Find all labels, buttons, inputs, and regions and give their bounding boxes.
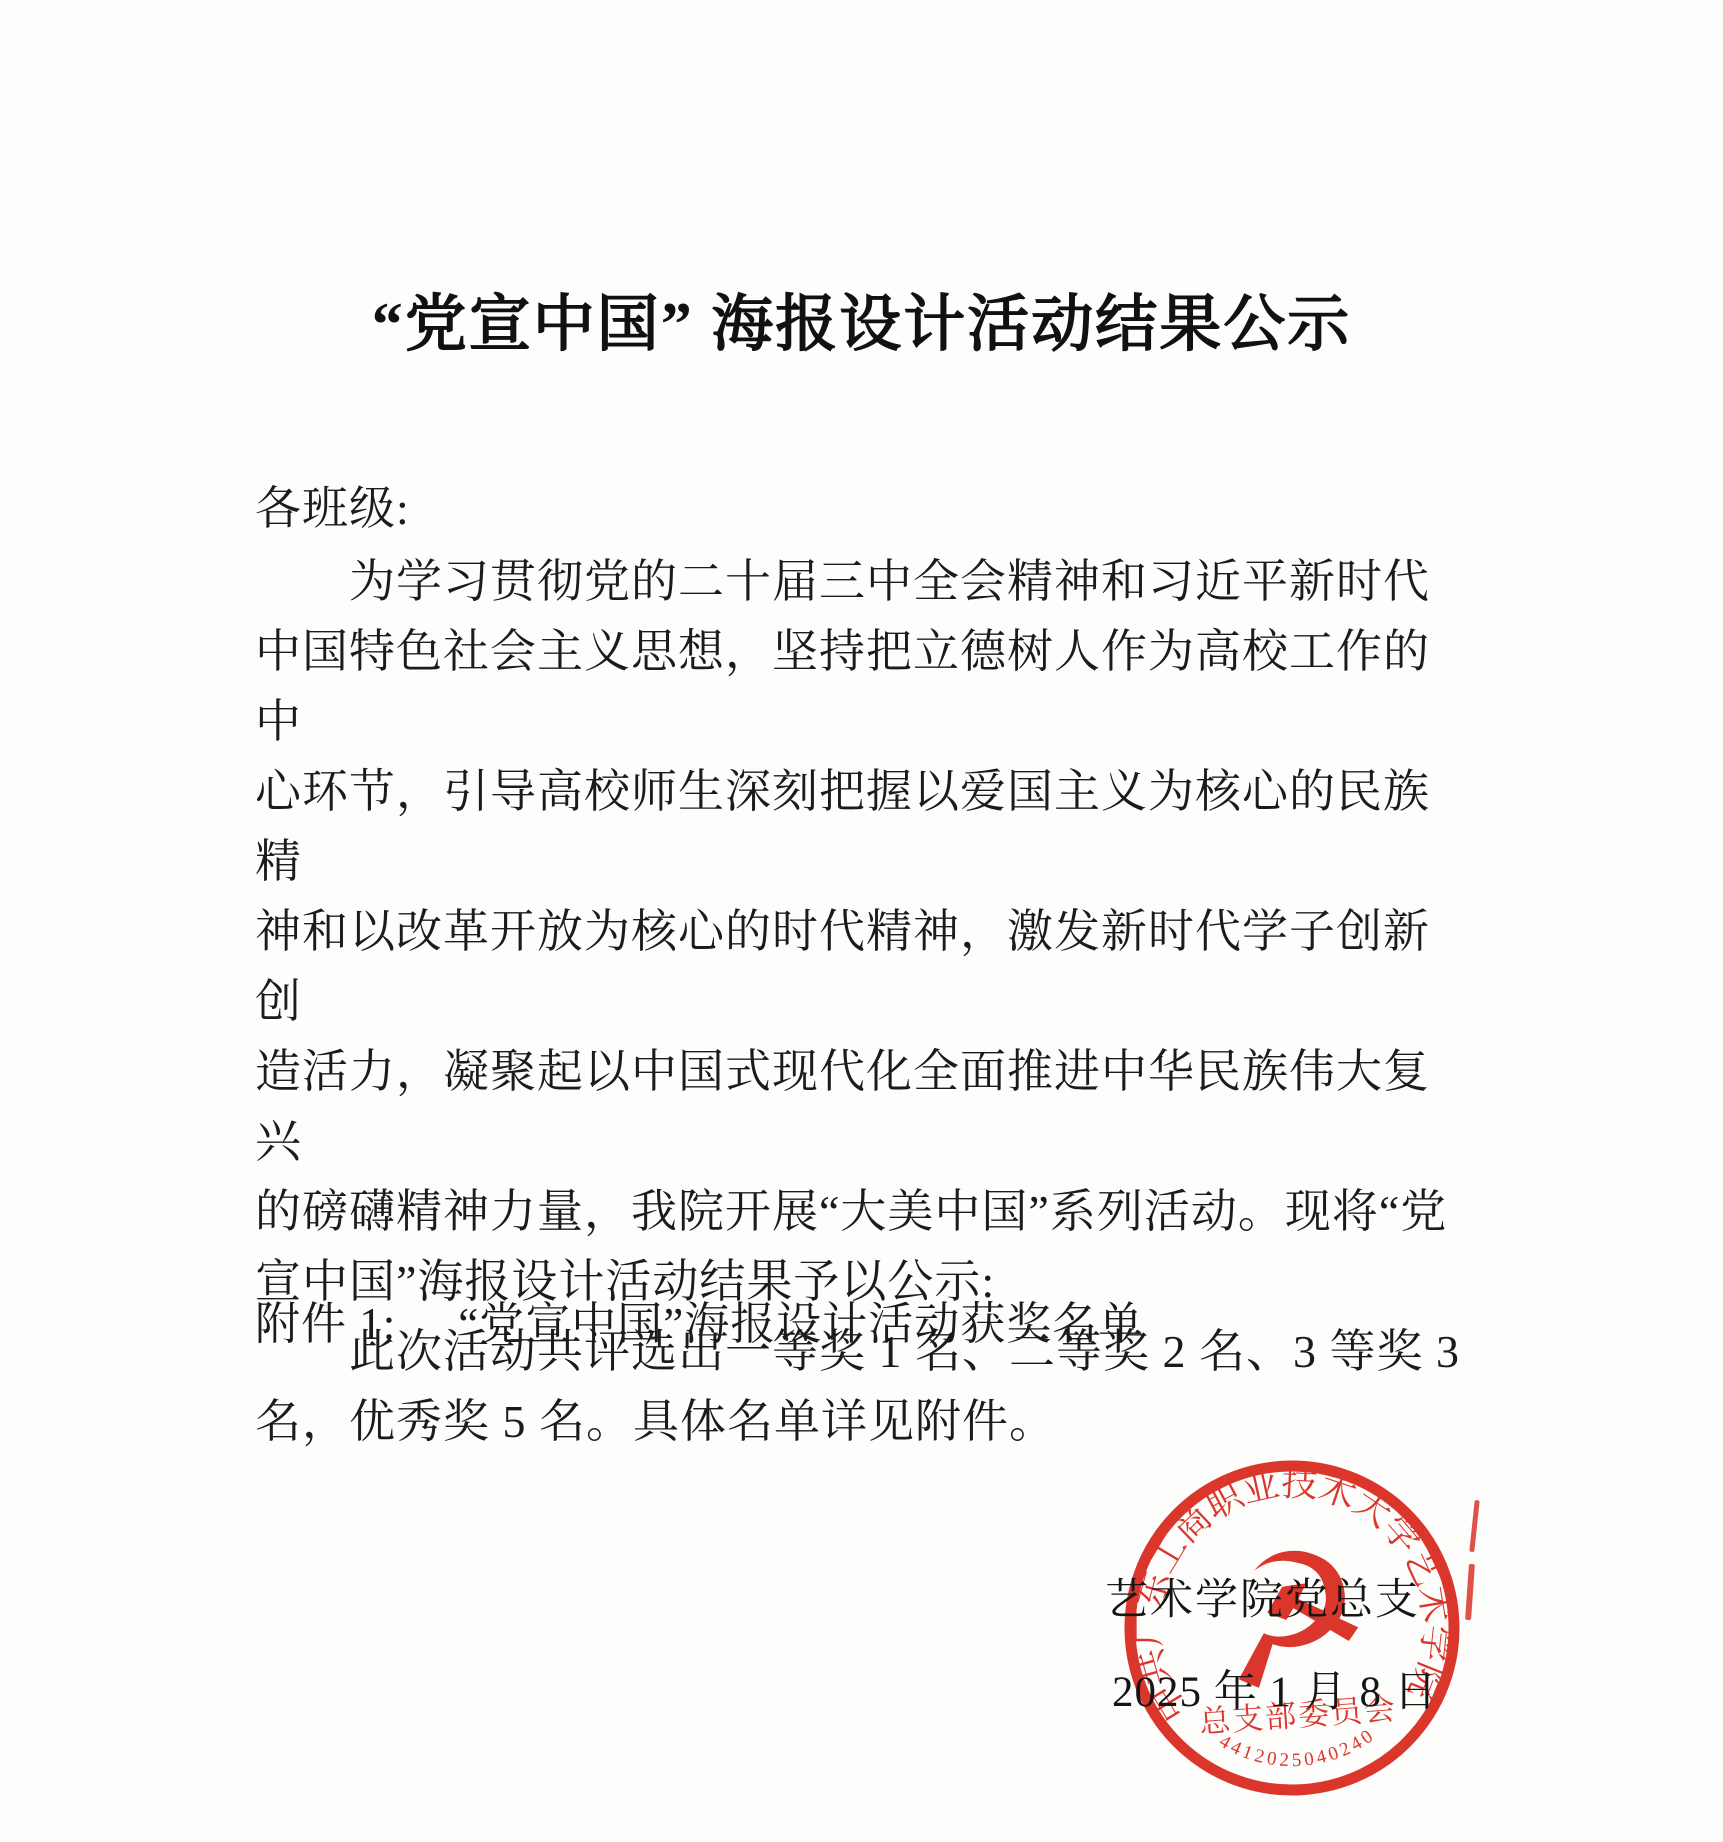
- salutation: 各班级:: [255, 483, 410, 535]
- attachment-line: 附件 1:“党宣中国”海报设计活动获奖名单: [255, 1296, 1144, 1352]
- attachment-title: “党宣中国”海报设计活动获奖名单: [458, 1299, 1144, 1349]
- attachment-label: 附件 1:: [255, 1299, 396, 1349]
- page-title: “党宣中国” 海报设计活动结果公示: [0, 288, 1723, 362]
- stamp-smudge: [1466, 1500, 1480, 1630]
- signature-date: 2025 年 1 月 8 日: [1112, 1658, 1452, 1719]
- official-seal: 中共广东工商职业技术大学艺术学院 ☭ 总支部委员会 4412025040240: [1100, 1436, 1484, 1820]
- scanned-notice-page: “党宣中国” 海报设计活动结果公示 各班级: 为学习贯彻党的二十届三中全会精神和…: [0, 0, 1723, 1842]
- signature-org: 艺术学院党总支: [1105, 1566, 1445, 1627]
